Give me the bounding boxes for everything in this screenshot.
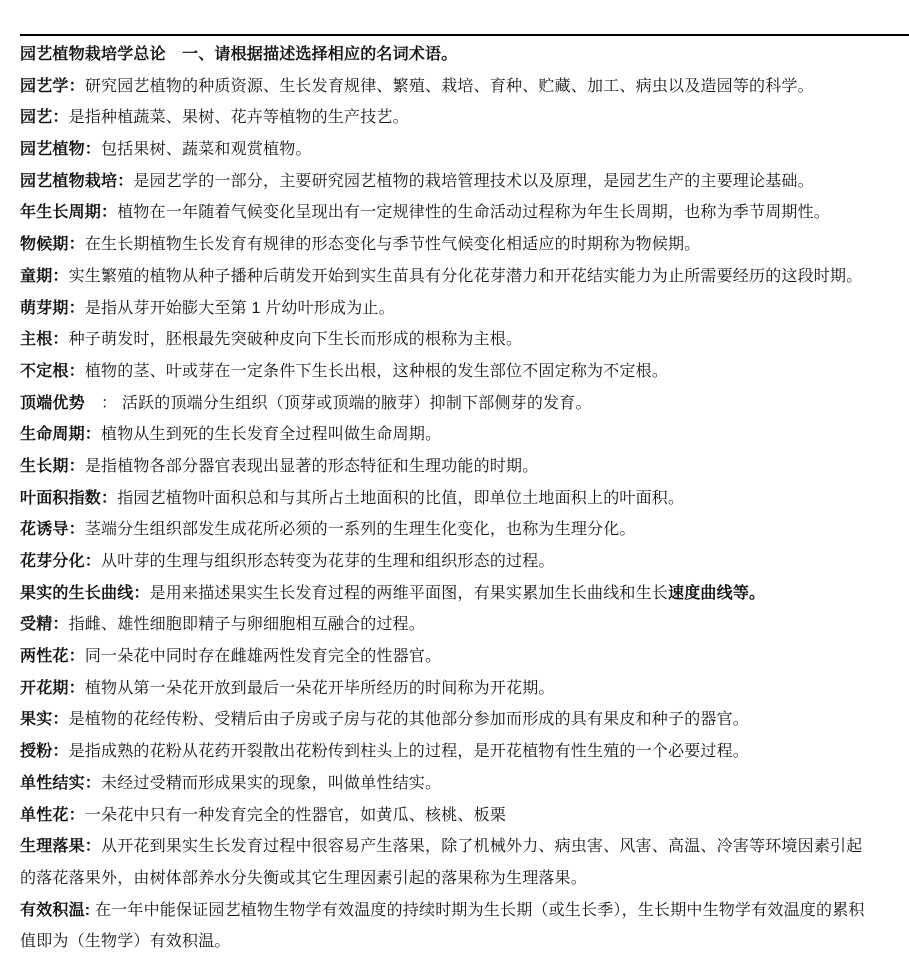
glossary-line: 花诱导：茎端分生组织部发生成花所必须的一系列的生理生化变化，也称为生理分化。 <box>20 514 909 546</box>
definition-text: 是植物的花经传粉、受精后由子房或子房与花的其他部分参加而形成的具有果皮和种子的器… <box>69 711 749 728</box>
definition-text: 茎端分生组织部发生成花所必须的一系列的生理生化变化，也称为生理分化。 <box>85 521 636 538</box>
definition-text: 在生长期植物生长发育有规律的形态变化与季节性气候变化相适应的时期称为物候期。 <box>85 236 701 253</box>
definition-text: 是指成熟的花粉从花药开裂散出花粉传到柱头上的过程，是开花植物有性生殖的一个必要过… <box>69 743 749 760</box>
glossary-line: 生理落果：从开花到果实生长发育过程中很容易产生落果，除了机械外力、病虫害、风害、… <box>20 831 909 863</box>
glossary-line: 单性花：一朵花中只有一种发育完全的性器官，如黄瓜、核桃、板栗 <box>20 800 909 832</box>
term-label: 生理落果： <box>20 838 101 855</box>
term-label: 受精： <box>20 616 69 633</box>
definition-text: 一朵花中只有一种发育完全的性器官，如黄瓜、核桃、板栗 <box>85 807 506 824</box>
definition-text: 是用来描述果实生长发育过程的两维平面图，有果实累加生长曲线和生长 <box>150 585 668 602</box>
glossary-line: 园艺植物栽培：是园艺学的一部分，主要研究园艺植物的栽培管理技术以及原理，是园艺生… <box>20 166 909 198</box>
glossary-line: 受精：指雌、雄性细胞即精子与卵细胞相互融合的过程。 <box>20 609 909 641</box>
definition-text: 研究园艺植物的种质资源、生长发育规律、繁殖、栽培、育种、贮藏、加工、病虫以及造园… <box>85 78 814 95</box>
term-label: 单性结实： <box>20 775 101 792</box>
term-label: 两性花： <box>20 648 85 665</box>
top-horizontal-rule <box>20 34 909 36</box>
term-label: 生命周期： <box>20 426 101 443</box>
term-label: 有效积温: <box>20 902 90 919</box>
definition-text: 指雌、雄性细胞即精子与卵细胞相互融合的过程。 <box>69 616 425 633</box>
term-label: 园艺植物栽培： <box>20 173 133 190</box>
glossary-line: 园艺植物：包括果树、蔬菜和观赏植物。 <box>20 134 909 166</box>
definition-text: 是园艺学的一部分，主要研究园艺植物的栽培管理技术以及原理，是园艺生产的主要理论基… <box>133 173 813 190</box>
definition-text: 种子萌发时，胚根最先突破种皮向下生长而形成的根称为主根。 <box>69 331 523 348</box>
definition-text: 包括果树、蔬菜和观赏植物。 <box>101 141 312 158</box>
definition-text: 是指植物各部分器官表现出显著的形态特征和生理功能的时期。 <box>85 458 539 475</box>
definition-bold-tail: 速度曲线等。 <box>668 585 765 602</box>
document-page: 园艺植物栽培学总论 一、请根据描述选择相应的名词术语。园艺学：研究园艺植物的种质… <box>0 0 909 969</box>
glossary-line: 园艺：是指种植蔬菜、果树、花卉等植物的生产技艺。 <box>20 102 909 134</box>
glossary-line: 果实的生长曲线：是用来描述果实生长发育过程的两维平面图，有果实累加生长曲线和生长… <box>20 578 909 610</box>
term-label: 园艺植物： <box>20 141 101 158</box>
term-label: 不定根： <box>20 363 85 380</box>
definition-text: 是指种植蔬菜、果树、花卉等植物的生产技艺。 <box>69 109 409 126</box>
glossary-line: 萌芽期：是指从芽开始膨大至第 1 片幼叶形成为止。 <box>20 293 909 325</box>
glossary-line: 年生长周期：植物在一年随着气候变化呈现出有一定规律性的生命活动过程称为年生长周期… <box>20 197 909 229</box>
definition-text: 植物从第一朵花开放到最后一朵花开毕所经历的时间称为开花期。 <box>85 680 555 697</box>
glossary-line: 有效积温: 在一年中能保证园艺植物生物学有效温度的持续时期为生长期（或生长季），… <box>20 895 909 927</box>
page-title: 园艺植物栽培学总论 一、请根据描述选择相应的名词术语。 <box>20 39 909 71</box>
glossary-line: 物候期：在生长期植物生长发育有规律的形态变化与季节性气候变化相适应的时期称为物候… <box>20 229 909 261</box>
term-label: 果实的生长曲线： <box>20 585 150 602</box>
definition-text: 植物的茎、叶或芽在一定条件下生长出根，这种根的发生部位不固定称为不定根。 <box>85 363 668 380</box>
term-label: 主根： <box>20 331 69 348</box>
glossary-line: 授粉：是指成熟的花粉从花药开裂散出花粉传到柱头上的过程，是开花植物有性生殖的一个… <box>20 736 909 768</box>
definition-text: 指园艺植物叶面积总和与其所占土地面积的比值，即单位土地面积上的叶面积。 <box>117 490 684 507</box>
glossary-line: 生长期：是指植物各部分器官表现出显著的形态特征和生理功能的时期。 <box>20 451 909 483</box>
term-label: 年生长周期： <box>20 204 117 221</box>
definition-text: 从叶芽的生理与组织形态转变为花芽的生理和组织形态的过程。 <box>101 553 555 570</box>
glossary-line: 主根：种子萌发时，胚根最先突破种皮向下生长而形成的根称为主根。 <box>20 324 909 356</box>
glossary-line: 叶面积指数：指园艺植物叶面积总和与其所占土地面积的比值，即单位土地面积上的叶面积… <box>20 483 909 515</box>
term-label: 花诱导： <box>20 521 85 538</box>
definition-text: ： 活跃的顶端分生组织（顶芽或顶端的腋芽）抑制下部侧芽的发育。 <box>85 395 592 412</box>
definition-text: 同一朵花中同时存在雌雄两性发育完全的性器官。 <box>85 648 441 665</box>
glossary-line: 果实：是植物的花经传粉、受精后由子房或子房与花的其他部分参加而形成的具有果皮和种… <box>20 704 909 736</box>
term-label: 单性花： <box>20 807 85 824</box>
glossary-line: 花芽分化：从叶芽的生理与组织形态转变为花芽的生理和组织形态的过程。 <box>20 546 909 578</box>
term-label: 萌芽期： <box>20 300 85 317</box>
glossary-line: 生命周期：植物从生到死的生长发育全过程叫做生命周期。 <box>20 419 909 451</box>
definition-text: 的落花落果外，由树体部养水分失衡或其它生理因素引起的落果称为生理落果。 <box>20 870 587 887</box>
term-label: 生长期： <box>20 458 85 475</box>
term-label: 物候期： <box>20 236 85 253</box>
definition-text: 植物在一年随着气候变化呈现出有一定规律性的生命活动过程称为年生长周期，也称为季节… <box>117 204 830 221</box>
definition-text: 植物从生到死的生长发育全过程叫做生命周期。 <box>101 426 441 443</box>
definition-text: 是指从芽开始膨大至第 1 片幼叶形成为止。 <box>85 300 395 317</box>
term-label: 园艺： <box>20 109 69 126</box>
glossary-line: 开花期：植物从第一朵花开放到最后一朵花开毕所经历的时间称为开花期。 <box>20 673 909 705</box>
term-label: 顶端优势 <box>20 395 85 412</box>
term-label: 花芽分化： <box>20 553 101 570</box>
glossary-line: 两性花：同一朵花中同时存在雌雄两性发育完全的性器官。 <box>20 641 909 673</box>
term-label: 园艺学： <box>20 78 85 95</box>
glossary-line: 童期：实生繁殖的植物从种子播种后萌发开始到实生苗具有分化花芽潜力和开花结实能力为… <box>20 261 909 293</box>
definition-text: 从开花到果实生长发育过程中很容易产生落果，除了机械外力、病虫害、风害、高温、冷害… <box>101 838 862 855</box>
glossary-line: 单性结实：未经过受精而形成果实的现象，叫做单性结实。 <box>20 768 909 800</box>
glossary-body: 园艺植物栽培学总论 一、请根据描述选择相应的名词术语。园艺学：研究园艺植物的种质… <box>20 39 909 958</box>
term-label: 叶面积指数： <box>20 490 117 507</box>
definition-text: 在一年中能保证园艺植物生物学有效温度的持续时期为生长期（或生长季），生长期中生物… <box>90 902 864 919</box>
term-label: 开花期： <box>20 680 85 697</box>
definition-text: 值即为（生物学）有效积温。 <box>20 933 231 950</box>
glossary-line: 顶端优势 ： 活跃的顶端分生组织（顶芽或顶端的腋芽）抑制下部侧芽的发育。 <box>20 388 909 420</box>
definition-text: 实生繁殖的植物从种子播种后萌发开始到实生苗具有分化花芽潜力和开花结实能力为止所需… <box>69 268 863 285</box>
title-text: 园艺植物栽培学总论 一、请根据描述选择相应的名词术语。 <box>20 46 457 63</box>
glossary-line: 不定根：植物的茎、叶或芽在一定条件下生长出根，这种根的发生部位不固定称为不定根。 <box>20 356 909 388</box>
definition-text: 未经过受精而形成果实的现象，叫做单性结实。 <box>101 775 441 792</box>
glossary-line: 值即为（生物学）有效积温。 <box>20 926 909 958</box>
glossary-line: 园艺学：研究园艺植物的种质资源、生长发育规律、繁殖、栽培、育种、贮藏、加工、病虫… <box>20 71 909 103</box>
glossary-line: 的落花落果外，由树体部养水分失衡或其它生理因素引起的落果称为生理落果。 <box>20 863 909 895</box>
term-label: 果实： <box>20 711 69 728</box>
term-label: 授粉： <box>20 743 69 760</box>
term-label: 童期： <box>20 268 69 285</box>
